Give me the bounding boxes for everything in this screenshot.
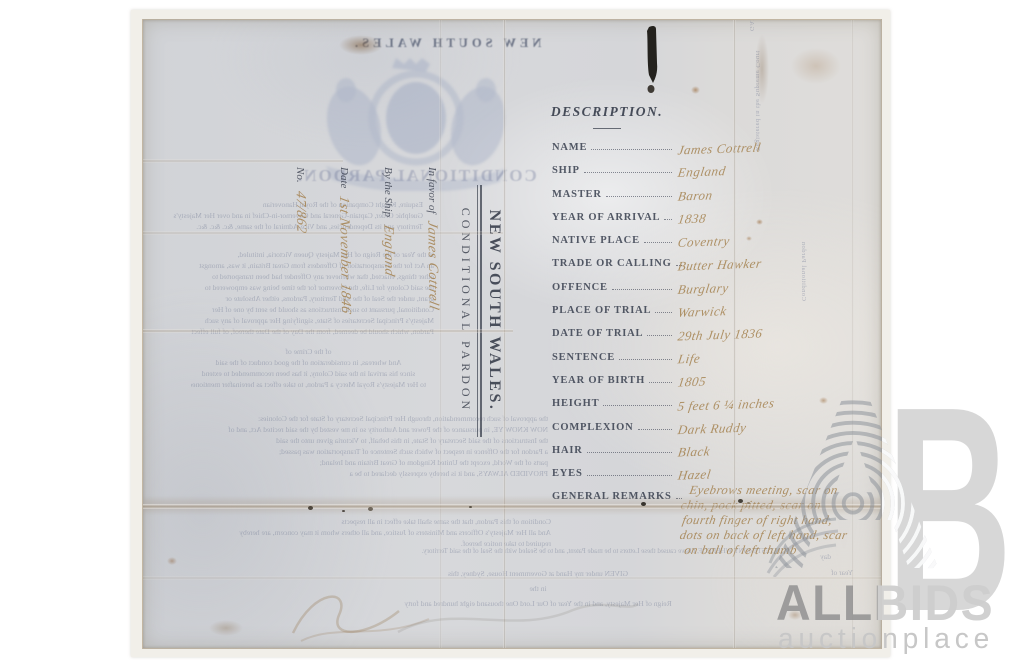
fold-crease-vertical xyxy=(439,20,442,648)
description-row-offence: OFFENCE Burglary xyxy=(552,282,882,305)
black-ink-ribbon-mark xyxy=(645,25,659,97)
description-row-native-place: NATIVE PLACE Coventry xyxy=(552,235,882,258)
docket-row-in-favor-of: In favor ofJames Cottrell xyxy=(398,153,442,468)
dotted-leader xyxy=(612,289,672,290)
description-row-date-of-trial: DATE OF TRIAL 29th July 1836 xyxy=(552,328,882,351)
docket-title: NEW SOUTH WALES. xyxy=(485,153,503,468)
fingerprint-swirl-extra xyxy=(764,505,846,577)
docket-panel: NEW SOUTH WALES. CONDITIONAL PARDON In f… xyxy=(273,153,513,468)
docket-row-by-the-ship: By the ShipEngland xyxy=(354,153,398,468)
description-row-master: MASTER Baron xyxy=(552,189,882,212)
docket-field-label: In favor of xyxy=(426,167,438,213)
dotted-leader xyxy=(664,219,672,220)
rust-spot xyxy=(167,557,177,565)
description-row-sentence: SENTENCE Life xyxy=(552,352,882,375)
docket-field-label: No. xyxy=(294,167,306,183)
docket-field-value: 47/862 xyxy=(292,189,309,234)
brand-tagline: auctionplace xyxy=(778,624,994,654)
fold-crease-vertical xyxy=(733,20,736,648)
fold-crease-horizontal xyxy=(143,231,503,235)
docket-row-date: Date1st November 1846 xyxy=(310,153,354,468)
description-title: DESCRIPTION. xyxy=(541,104,673,120)
auction-photo-page: { "watermark": { "monogram_b": "B", "bra… xyxy=(0,0,1024,660)
dotted-leader xyxy=(655,312,672,313)
dotted-leader xyxy=(638,429,673,430)
docket-field-label: By the Ship xyxy=(382,167,394,217)
docket-row-number: No.47/862 xyxy=(266,153,310,468)
docket-fields: In favor ofJames Cottrell By the ShipEng… xyxy=(266,153,442,468)
dotted-leader xyxy=(649,382,672,383)
fold-crease-horizontal xyxy=(143,159,343,163)
rust-spot xyxy=(756,219,763,225)
description-row-trade: TRADE OR CALLING Butter Hawker xyxy=(552,258,882,281)
fold-crease-horizontal xyxy=(143,329,513,333)
dotted-leader xyxy=(587,452,672,453)
dotted-leader xyxy=(587,475,672,476)
dotted-leader xyxy=(647,335,672,336)
bleed-vertical-gazetted: GAZETTED xyxy=(748,19,755,31)
dotted-leader xyxy=(606,196,672,197)
description-row-year-of-arrival: YEAR OF ARRIVAL 1838 xyxy=(552,212,882,235)
rust-spot xyxy=(691,86,700,94)
flourish-bleed xyxy=(393,592,643,642)
dotted-leader xyxy=(619,359,672,360)
dotted-leader xyxy=(603,405,672,406)
faint-stain xyxy=(791,48,841,84)
brown-stain xyxy=(339,35,383,55)
docket-field-value: 1st November 1846 xyxy=(335,195,353,316)
dotted-leader xyxy=(584,172,672,173)
description-row-name: NAME James Cottrell xyxy=(552,142,882,165)
docket-subtitle: CONDITIONAL PARDON xyxy=(458,153,473,468)
faint-stain xyxy=(209,620,243,636)
fold-crease-vertical xyxy=(503,20,506,648)
dotted-leader xyxy=(644,242,672,243)
rust-spot xyxy=(746,236,752,241)
description-title-rule xyxy=(593,128,621,129)
brown-streak-stain xyxy=(755,34,769,104)
description-row-ship: SHIP England xyxy=(552,165,882,188)
description-row-place-of-trial: PLACE OF TRIAL Warwick xyxy=(552,305,882,328)
docket-rule xyxy=(477,185,482,437)
dotted-leader xyxy=(591,149,672,150)
docket-field-label: Date xyxy=(338,167,350,188)
dirt-specks xyxy=(308,506,313,510)
